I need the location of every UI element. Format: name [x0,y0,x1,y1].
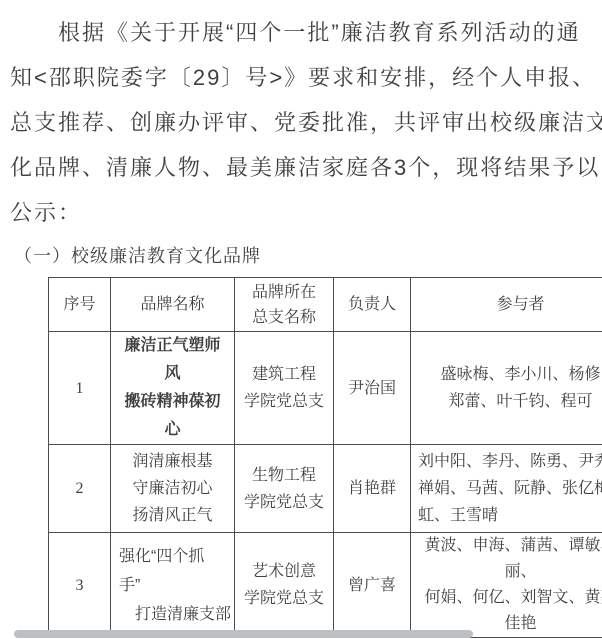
cell-leader: 肖艳群 [334,445,411,533]
cell-branch-name: 艺术创意 学院党总支 [235,533,334,638]
section-heading: （一）校级廉洁教育文化品牌 [14,244,602,268]
page-content: 根据《关于开展“四个一批”廉洁教育系列活动的通 知<邵职院委字〔29〕号>》要求… [0,10,602,638]
cell-brand-name: 强化“四个抓 手” 打造清廉支部 [111,533,235,638]
horizontal-scrollbar-track[interactable] [0,629,602,639]
intro-paragraph: 根据《关于开展“四个一批”廉洁教育系列活动的通 知<邵职院委字〔29〕号>》要求… [10,10,602,235]
header-brand-name: 品牌名称 [111,278,235,332]
page-viewport: 根据《关于开展“四个一批”廉洁教育系列活动的通 知<邵职院委字〔29〕号>》要求… [0,0,602,639]
brand-table: 序号 品牌名称 品牌所在 总支名称 负责人 参与者 1 廉洁正气塑师 风 搬砖精… [48,277,602,638]
cell-serial-number: 3 [49,533,111,638]
table-header-row: 序号 品牌名称 品牌所在 总支名称 负责人 参与者 [49,278,602,332]
cell-participants: 刘中阳、李丹、陈勇、尹秀娟 禅娟、马茜、阮静、张亿梅、 虹、王雪晴 [411,445,602,533]
cell-participants: 盛咏梅、李小川、杨修 郑蕾、叶千钧、程可 [411,332,602,445]
table-row: 1 廉洁正气塑师 风 搬砖精神葆初 心 建筑工程 学院党总支 尹治国 盛咏梅、李… [49,332,602,445]
table-row: 2 润清廉根基 守廉洁初心 扬清风正气 生物工程 学院党总支 肖艳群 刘中阳、李… [49,445,602,533]
cell-leader: 曾广喜 [334,533,411,638]
cell-serial-number: 2 [49,445,111,533]
table-row: 3 强化“四个抓 手” 打造清廉支部 艺术创意 学院党总支 曾广喜 黄波、申海、… [49,533,602,638]
header-serial-number: 序号 [49,278,111,332]
cell-serial-number: 1 [49,332,111,445]
header-branch-name: 品牌所在 总支名称 [235,278,334,332]
horizontal-scrollbar-thumb[interactable] [14,630,473,638]
cell-brand-name: 润清廉根基 守廉洁初心 扬清风正气 [111,445,235,533]
header-leader: 负责人 [334,278,411,332]
cell-brand-name: 廉洁正气塑师 风 搬砖精神葆初 心 [111,332,235,445]
cell-branch-name: 生物工程 学院党总支 [235,445,334,533]
cell-branch-name: 建筑工程 学院党总支 [235,332,334,445]
cell-leader: 尹治国 [334,332,411,445]
cell-participants: 黄波、申海、蒲茜、谭敏、 丽、 何娟、何亿、刘智文、黄嘉 佳艳 [411,533,602,638]
header-participants: 参与者 [411,278,602,332]
